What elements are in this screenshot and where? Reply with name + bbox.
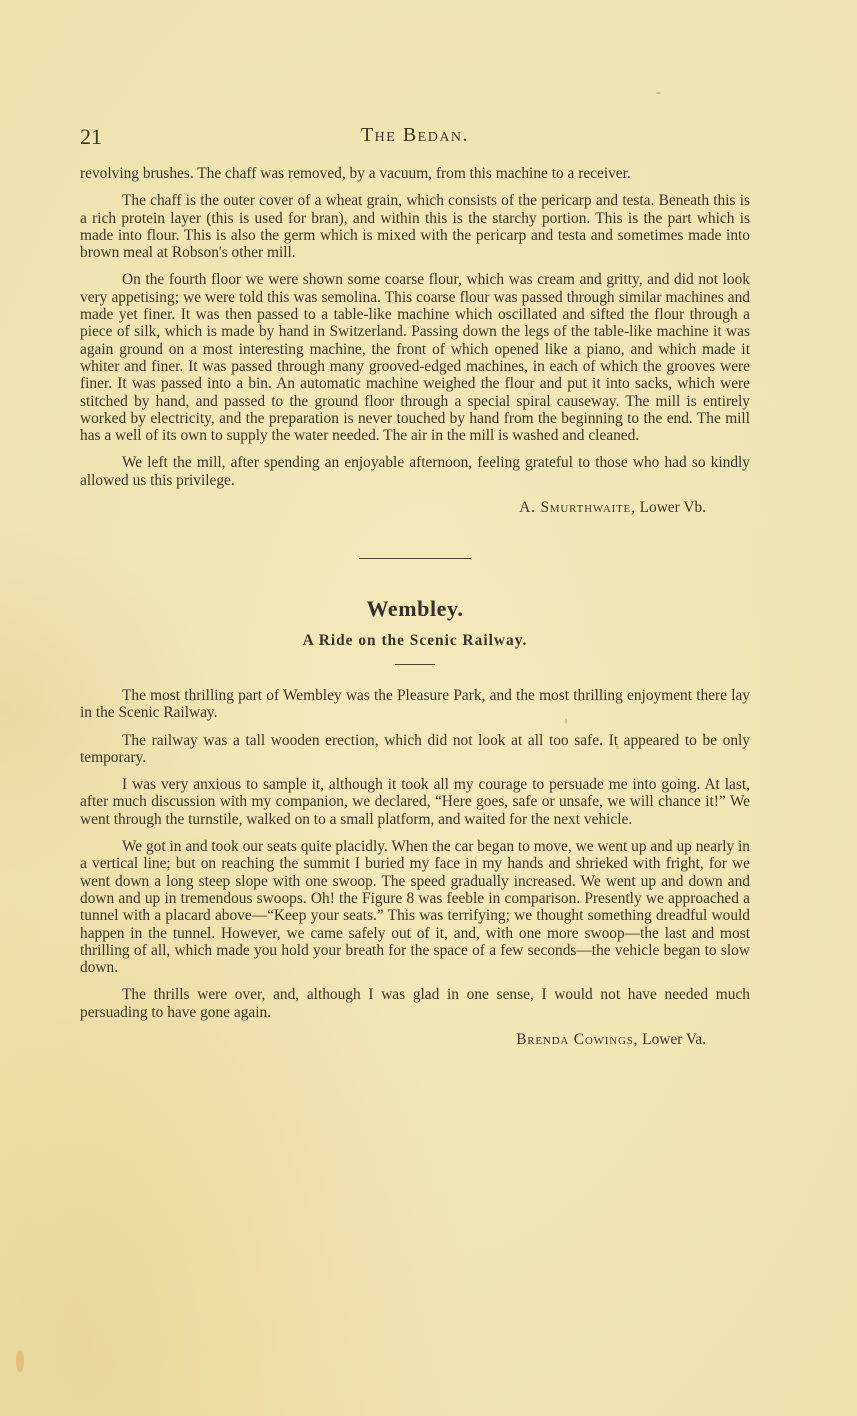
article-subtitle: A Ride on the Scenic Railway. [80,632,750,649]
article-title: Wembley. [80,600,750,617]
paragraph: The railway was a tall wooden erection, … [80,732,750,767]
running-title: The Bedan. [80,124,750,147]
paragraph: We left the mill, after spending an enjo… [80,454,750,489]
section-divider [359,558,471,559]
paper-speck [656,92,661,94]
page-header: 21 The Bedan. [80,124,750,154]
paper-stain [16,1350,24,1372]
paragraph: On the fourth floor we were shown some c… [80,271,750,444]
author-name: A. Smurthwaite, [519,499,636,516]
paragraph: The most thrilling part of Wembley was t… [80,687,750,722]
article-mill-visit: revolving brushes. The chaff was removed… [80,165,750,516]
paragraph: I was very anxious to sample it, althoug… [80,776,750,828]
author-form: Lower Va. [642,1031,706,1048]
paragraph: We got in and took our seats quite placi… [80,838,750,976]
paragraph: The thrills were over, and, although I w… [80,986,750,1021]
author-signature: Brenda Cowings, Lower Va. [80,1031,750,1048]
author-signature: A. Smurthwaite, Lower Vb. [80,499,750,516]
author-name: Brenda Cowings, [516,1031,638,1048]
page-content: revolving brushes. The chaff was removed… [80,165,750,1048]
author-form: Lower Vb. [640,499,706,516]
magazine-page: 21 The Bedan. revolving brushes. The cha… [0,0,857,1416]
paragraph: The chaff is the outer cover of a wheat … [80,192,750,261]
paragraph: revolving brushes. The chaff was removed… [80,165,750,182]
title-divider [395,664,435,665]
article-wembley: Wembley. A Ride on the Scenic Railway. T… [80,600,750,1048]
